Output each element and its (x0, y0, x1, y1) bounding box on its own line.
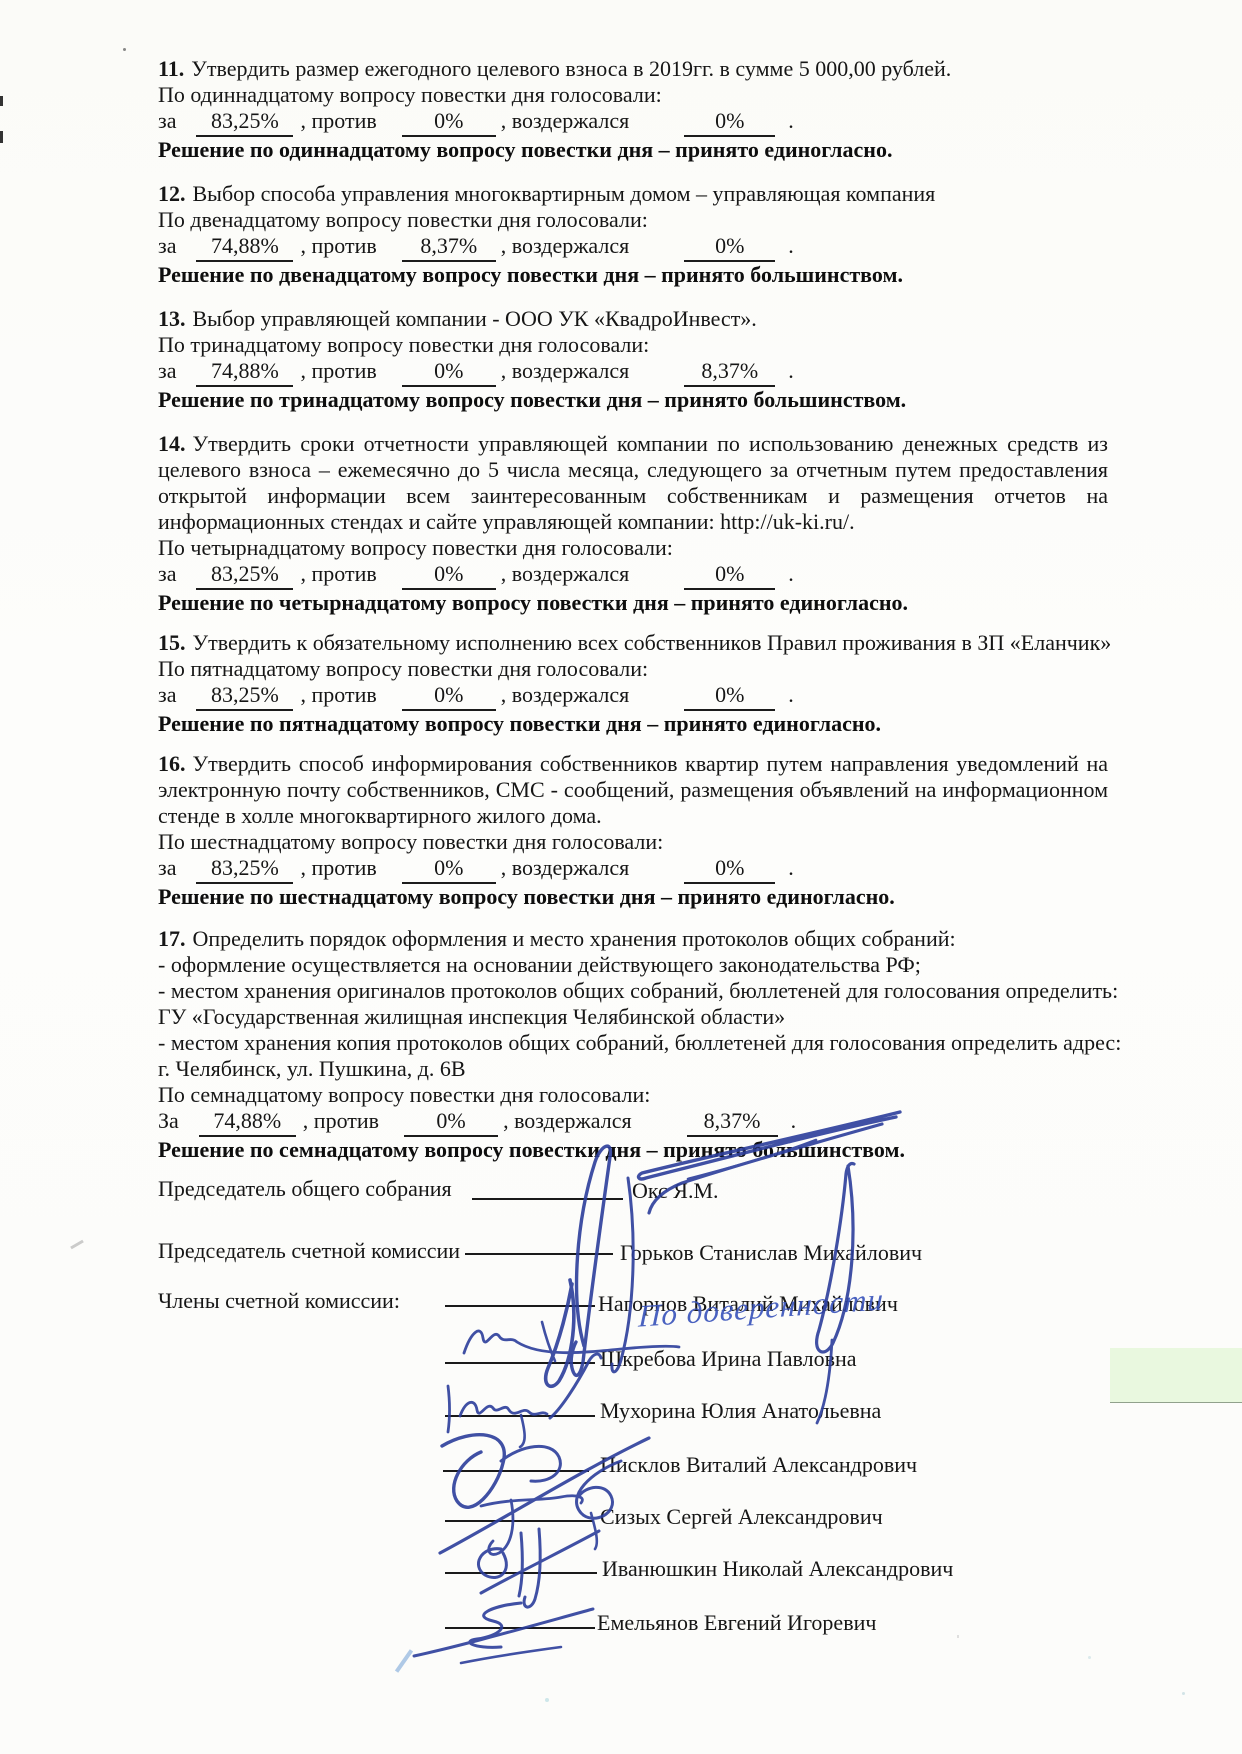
signature-ivanyushkin (478, 1529, 599, 1607)
section-13-vote-line: за74,88%, против0%, воздержался8,37%. (158, 358, 1108, 387)
member-name: Иванюшкин Николай Александрович (602, 1556, 953, 1582)
vote-protiv-label: , против (300, 358, 376, 383)
vote-za-label: за (158, 855, 176, 880)
chairman-name: Окс Я.М. (632, 1178, 719, 1204)
vote-protiv-value: 0% (402, 358, 496, 387)
section-14-heading-text: Утвердить сроки отчетности управляющей к… (158, 431, 1108, 534)
vote-protiv-label: , против (300, 855, 376, 880)
vote-vozd-value: 0% (684, 108, 775, 137)
section-17-number: 17. (158, 926, 186, 951)
vote-za-value: 74,88% (199, 1108, 296, 1137)
signature-line (445, 1572, 597, 1574)
section-14: 14.Утвердить сроки отчетности управляюще… (158, 431, 1108, 616)
section-17-vote-line: За74,88%, против0%, воздержался8,37%. (158, 1108, 1108, 1137)
signature-line (445, 1415, 595, 1417)
vote-za-value: 83,25% (196, 855, 293, 884)
section-17-line-5: г. Челябинск, ул. Пушкина, д. 6В (158, 1056, 1108, 1082)
scan-artifact (0, 96, 3, 106)
signature-line (465, 1253, 613, 1255)
section-17-intro: По семнадцатому вопросу повестки дня гол… (158, 1082, 1108, 1108)
vote-protiv-value: 8,37% (402, 233, 496, 262)
green-sticker (1110, 1348, 1242, 1403)
section-15-decision: Решение по пятнадцатому вопросу повестки… (158, 711, 1108, 737)
section-17-heading: 17.Определить порядок оформления и место… (158, 926, 1108, 952)
vote-protiv-value: 0% (402, 561, 496, 590)
signature-line (445, 1520, 593, 1522)
vote-vozd-label: , воздержался (503, 1108, 632, 1133)
vote-vozd-value: 0% (684, 682, 775, 711)
section-17-heading-text: Определить порядок оформления и место хр… (193, 926, 956, 951)
scan-artifact (957, 1635, 959, 1638)
vote-za-value: 74,88% (196, 358, 293, 387)
scan-artifact (1088, 1656, 1091, 1659)
section-16-decision: Решение по шестнадцатому вопросу повестк… (158, 884, 1108, 910)
vote-za-label: за (158, 358, 176, 383)
scan-artifact (70, 1240, 84, 1250)
vote-protiv-label: , против (300, 108, 376, 133)
section-14-number: 14. (158, 431, 186, 456)
section-12: 12.Выбор способа управления многоквартир… (158, 181, 1108, 288)
vote-protiv-label: , против (303, 1108, 379, 1133)
signature-line (445, 1627, 595, 1629)
vote-za-label: за (158, 561, 176, 586)
vote-za-label: за (158, 233, 176, 258)
scan-artifact (545, 1698, 549, 1702)
section-11-decision: Решение по одиннадцатому вопросу повестк… (158, 137, 1108, 163)
section-12-intro: По двенадцатому вопросу повестки дня гол… (158, 207, 1108, 233)
section-17-line-4: - местом хранения копия протоколов общих… (158, 1030, 1108, 1056)
signature-line (472, 1198, 623, 1200)
members-label: Члены счетной комиссии: (158, 1288, 400, 1314)
vote-za-label: за (158, 108, 176, 133)
section-12-heading-text: Выбор способа управления многоквартирным… (193, 181, 936, 206)
scan-artifact (1182, 1692, 1185, 1695)
member-name: Емельянов Евгений Игоревич (597, 1610, 876, 1636)
vote-protiv-label: , против (300, 561, 376, 586)
section-12-heading: 12.Выбор способа управления многоквартир… (158, 181, 1108, 207)
scan-artifact (395, 1649, 413, 1673)
chairman-label: Председатель общего собрания (158, 1176, 452, 1202)
section-13: 13.Выбор управляющей компании - ООО УК «… (158, 306, 1108, 413)
section-12-number: 12. (158, 181, 186, 206)
section-16: 16.Утвердить способ информирования собст… (158, 751, 1108, 910)
signature-mukhorina (448, 1354, 601, 1447)
vote-za-value: 83,25% (196, 682, 293, 711)
vote-vozd-label: , воздержался (501, 855, 630, 880)
vote-protiv-value: 0% (404, 1108, 498, 1137)
section-15-number: 15. (158, 630, 186, 655)
vote-protiv-label: , против (300, 682, 376, 707)
section-11-heading: 11.Утвердить размер ежегодного целевого … (158, 56, 1108, 82)
section-16-number: 16. (158, 751, 186, 776)
vote-period: . (788, 108, 794, 133)
vote-protiv-value: 0% (402, 108, 496, 137)
section-11-number: 11. (158, 56, 184, 81)
section-11-vote-line: за83,25%, против0%, воздержался0%. (158, 108, 1108, 137)
vote-vozd-label: , воздержался (501, 233, 630, 258)
section-14-decision: Решение по четырнадцатому вопросу повест… (158, 590, 1108, 616)
signature-line (445, 1362, 595, 1364)
vote-protiv-value: 0% (402, 855, 496, 884)
count-chair-name: Горьков Станислав Михайлович (620, 1240, 922, 1266)
vote-vozd-value: 0% (684, 233, 775, 262)
signature-emelyanov (414, 1603, 593, 1663)
vote-za-value: 83,25% (196, 561, 293, 590)
vote-period: . (788, 682, 794, 707)
vote-period: . (788, 855, 794, 880)
section-13-intro: По тринадцатому вопросу повестки дня гол… (158, 332, 1108, 358)
section-11-intro: По одиннадцатому вопросу повестки дня го… (158, 82, 1108, 108)
vote-za-label: за (158, 682, 176, 707)
vote-vozd-value: 0% (684, 855, 775, 884)
section-14-heading: 14.Утвердить сроки отчетности управляюще… (158, 431, 1108, 535)
vote-za-value: 74,88% (196, 233, 293, 262)
section-11: 11.Утвердить размер ежегодного целевого … (158, 56, 1108, 163)
member-name: Мухорина Юлия Анатольевна (600, 1398, 881, 1424)
vote-vozd-label: , воздержался (501, 108, 630, 133)
member-name: Писклов Виталий Александрович (600, 1452, 917, 1478)
vote-protiv-label: , против (300, 233, 376, 258)
vote-protiv-value: 0% (402, 682, 496, 711)
vote-period: . (788, 233, 794, 258)
vote-vozd-label: , воздержался (501, 358, 630, 383)
section-14-vote-line: за83,25%, против0%, воздержался0%. (158, 561, 1108, 590)
vote-vozd-value: 8,37% (684, 358, 775, 387)
scanned-protocol-page: 11.Утвердить размер ежегодного целевого … (0, 0, 1242, 1754)
member-name: Сизых Сергей Александрович (600, 1504, 883, 1530)
section-16-intro: По шестнадцатому вопросу повестки дня го… (158, 829, 1108, 855)
signature-line (445, 1305, 595, 1307)
section-15-heading: 15.Утвердить к обязательному исполнению … (158, 630, 1108, 656)
section-11-heading-text: Утвердить размер ежегодного целевого взн… (191, 56, 951, 81)
scan-artifact (123, 48, 126, 51)
vote-vozd-label: , воздержался (501, 561, 630, 586)
vote-period: . (788, 561, 794, 586)
vote-za-value: 83,25% (196, 108, 293, 137)
section-13-number: 13. (158, 306, 186, 331)
member-name: Шкребова Ирина Павловна (600, 1346, 857, 1372)
section-12-vote-line: за74,88%, против8,37%, воздержался0%. (158, 233, 1108, 262)
section-13-decision: Решение по тринадцатому вопросу повестки… (158, 387, 1108, 413)
section-17-decision: Решение по семнадцатому вопросу повестки… (158, 1137, 1108, 1163)
section-17-line-1: - оформление осуществляется на основании… (158, 952, 1108, 978)
scan-artifact (0, 131, 3, 143)
section-17-line-3: ГУ «Государственная жилищная инспекция Ч… (158, 1004, 1108, 1030)
signature-line (443, 1470, 589, 1472)
vote-period: . (788, 358, 794, 383)
section-15: 15.Утвердить к обязательному исполнению … (158, 630, 1108, 737)
vote-vozd-label: , воздержался (501, 682, 630, 707)
section-16-heading-text: Утвердить способ информирования собствен… (158, 751, 1108, 828)
vote-period: . (791, 1108, 797, 1133)
section-13-heading: 13.Выбор управляющей компании - ООО УК «… (158, 306, 1108, 332)
section-15-intro: По пятнадцатому вопросу повестки дня гол… (158, 656, 1108, 682)
section-17-line-2: - местом хранения оригиналов протоколов … (158, 978, 1108, 1004)
vote-za-label: За (158, 1108, 179, 1133)
section-17: 17.Определить порядок оформления и место… (158, 926, 1108, 1163)
section-12-decision: Решение по двенадцатому вопросу повестки… (158, 262, 1108, 288)
section-14-intro: По четырнадцатому вопросу повестки дня г… (158, 535, 1108, 561)
section-13-heading-text: Выбор управляющей компании - ООО УК «Ква… (193, 306, 757, 331)
count-chair-label: Председатель счетной комиссии (158, 1238, 460, 1264)
vote-vozd-value: 8,37% (687, 1108, 778, 1137)
vote-vozd-value: 0% (684, 561, 775, 590)
section-15-heading-text: Утвердить к обязательному исполнению все… (193, 630, 1112, 655)
section-16-vote-line: за83,25%, против0%, воздержался0%. (158, 855, 1108, 884)
section-16-heading: 16.Утвердить способ информирования собст… (158, 751, 1108, 829)
section-15-vote-line: за83,25%, против0%, воздержался0%. (158, 682, 1108, 711)
